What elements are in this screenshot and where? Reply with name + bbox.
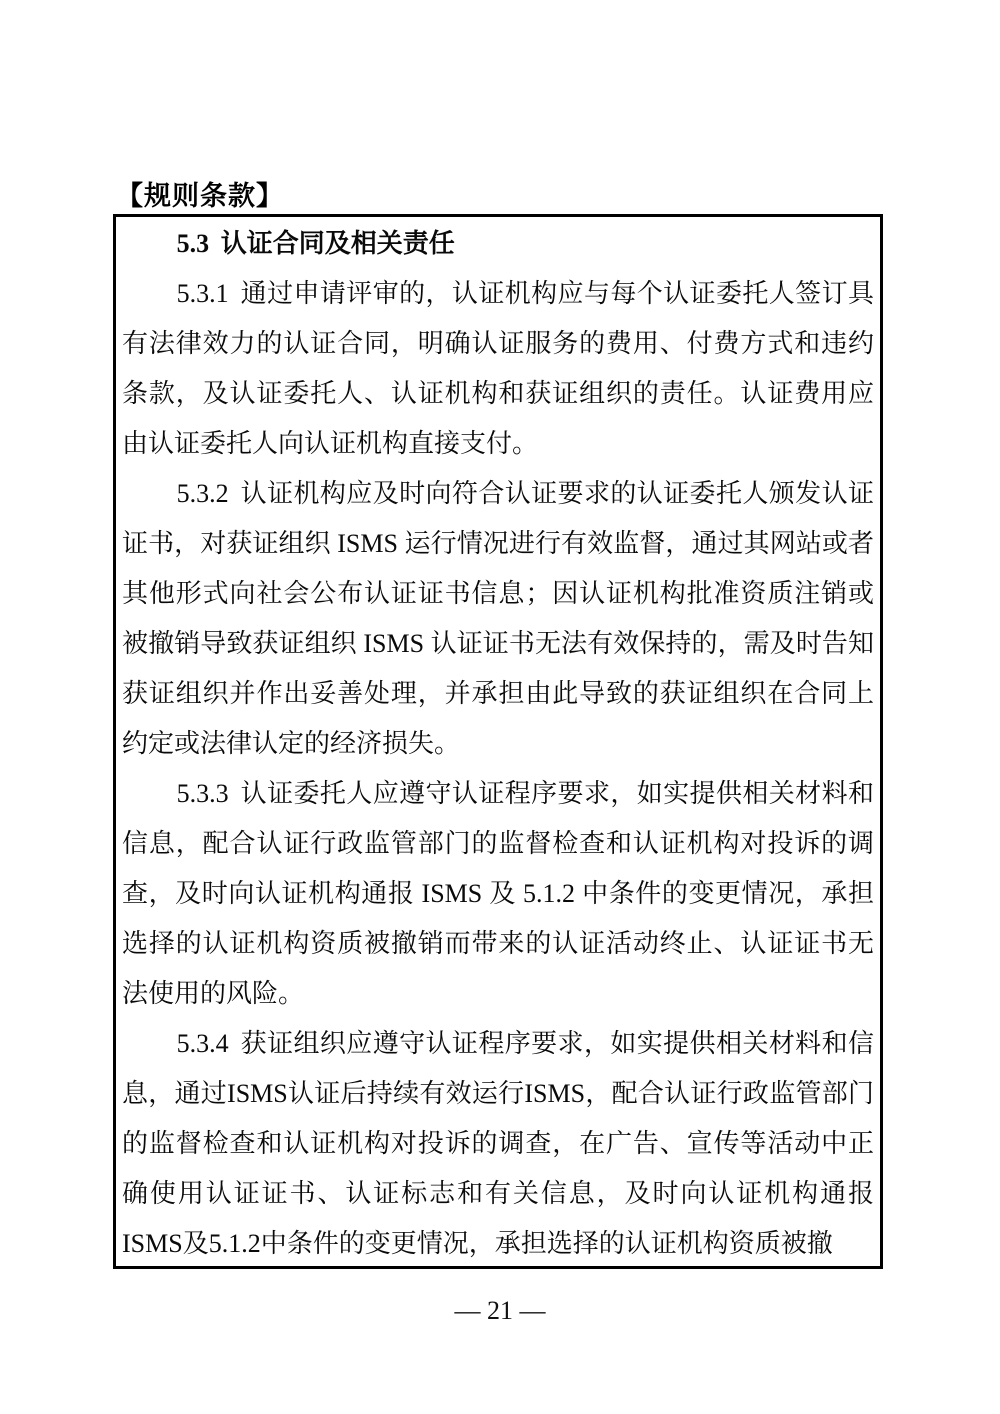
rule-paragraph-5-3-2: 5.3.2认证机构应及时向符合认证要求的认证委托人颁发认证证书，对获证组织 IS… xyxy=(122,469,874,769)
rule-heading: 5.3认证合同及相关责任 xyxy=(122,219,874,269)
rule-paragraph-5-3-3: 5.3.3认证委托人应遵守认证程序要求，如实提供相关材料和信息，配合认证行政监管… xyxy=(122,769,874,1019)
rule-paragraph-5-3-4: 5.3.4获证组织应遵守认证程序要求，如实提供相关材料和信息，通过ISMS认证后… xyxy=(122,1019,874,1269)
paragraph-number: 5.3.1 xyxy=(177,279,229,308)
section-label: 【规则条款】 xyxy=(116,181,284,211)
rule-heading-title: 认证合同及相关责任 xyxy=(221,229,455,258)
paragraph-text: 认证机构应及时向符合认证要求的认证委托人颁发认证证书，对获证组织 ISMS 运行… xyxy=(122,479,874,758)
paragraph-text: 获证组织应遵守认证程序要求，如实提供相关材料和信息，通过ISMS认证后持续有效运… xyxy=(122,1029,874,1258)
paragraph-number: 5.3.4 xyxy=(177,1029,229,1058)
paragraph-number: 5.3.2 xyxy=(177,479,229,508)
rule-provisions-box: 5.3认证合同及相关责任 5.3.1通过申请评审的，认证机构应与每个认证委托人签… xyxy=(113,214,883,1269)
rule-heading-number: 5.3 xyxy=(177,229,210,258)
page-number: — 21 — xyxy=(0,1295,1000,1327)
paragraph-number: 5.3.3 xyxy=(177,779,229,808)
rule-paragraph-5-3-1: 5.3.1通过申请评审的，认证机构应与每个认证委托人签订具有法律效力的认证合同，… xyxy=(122,269,874,469)
paragraph-text: 认证委托人应遵守认证程序要求，如实提供相关材料和信息，配合认证行政监管部门的监督… xyxy=(122,779,874,1008)
paragraph-text: 通过申请评审的，认证机构应与每个认证委托人签订具有法律效力的认证合同，明确认证服… xyxy=(122,279,874,458)
